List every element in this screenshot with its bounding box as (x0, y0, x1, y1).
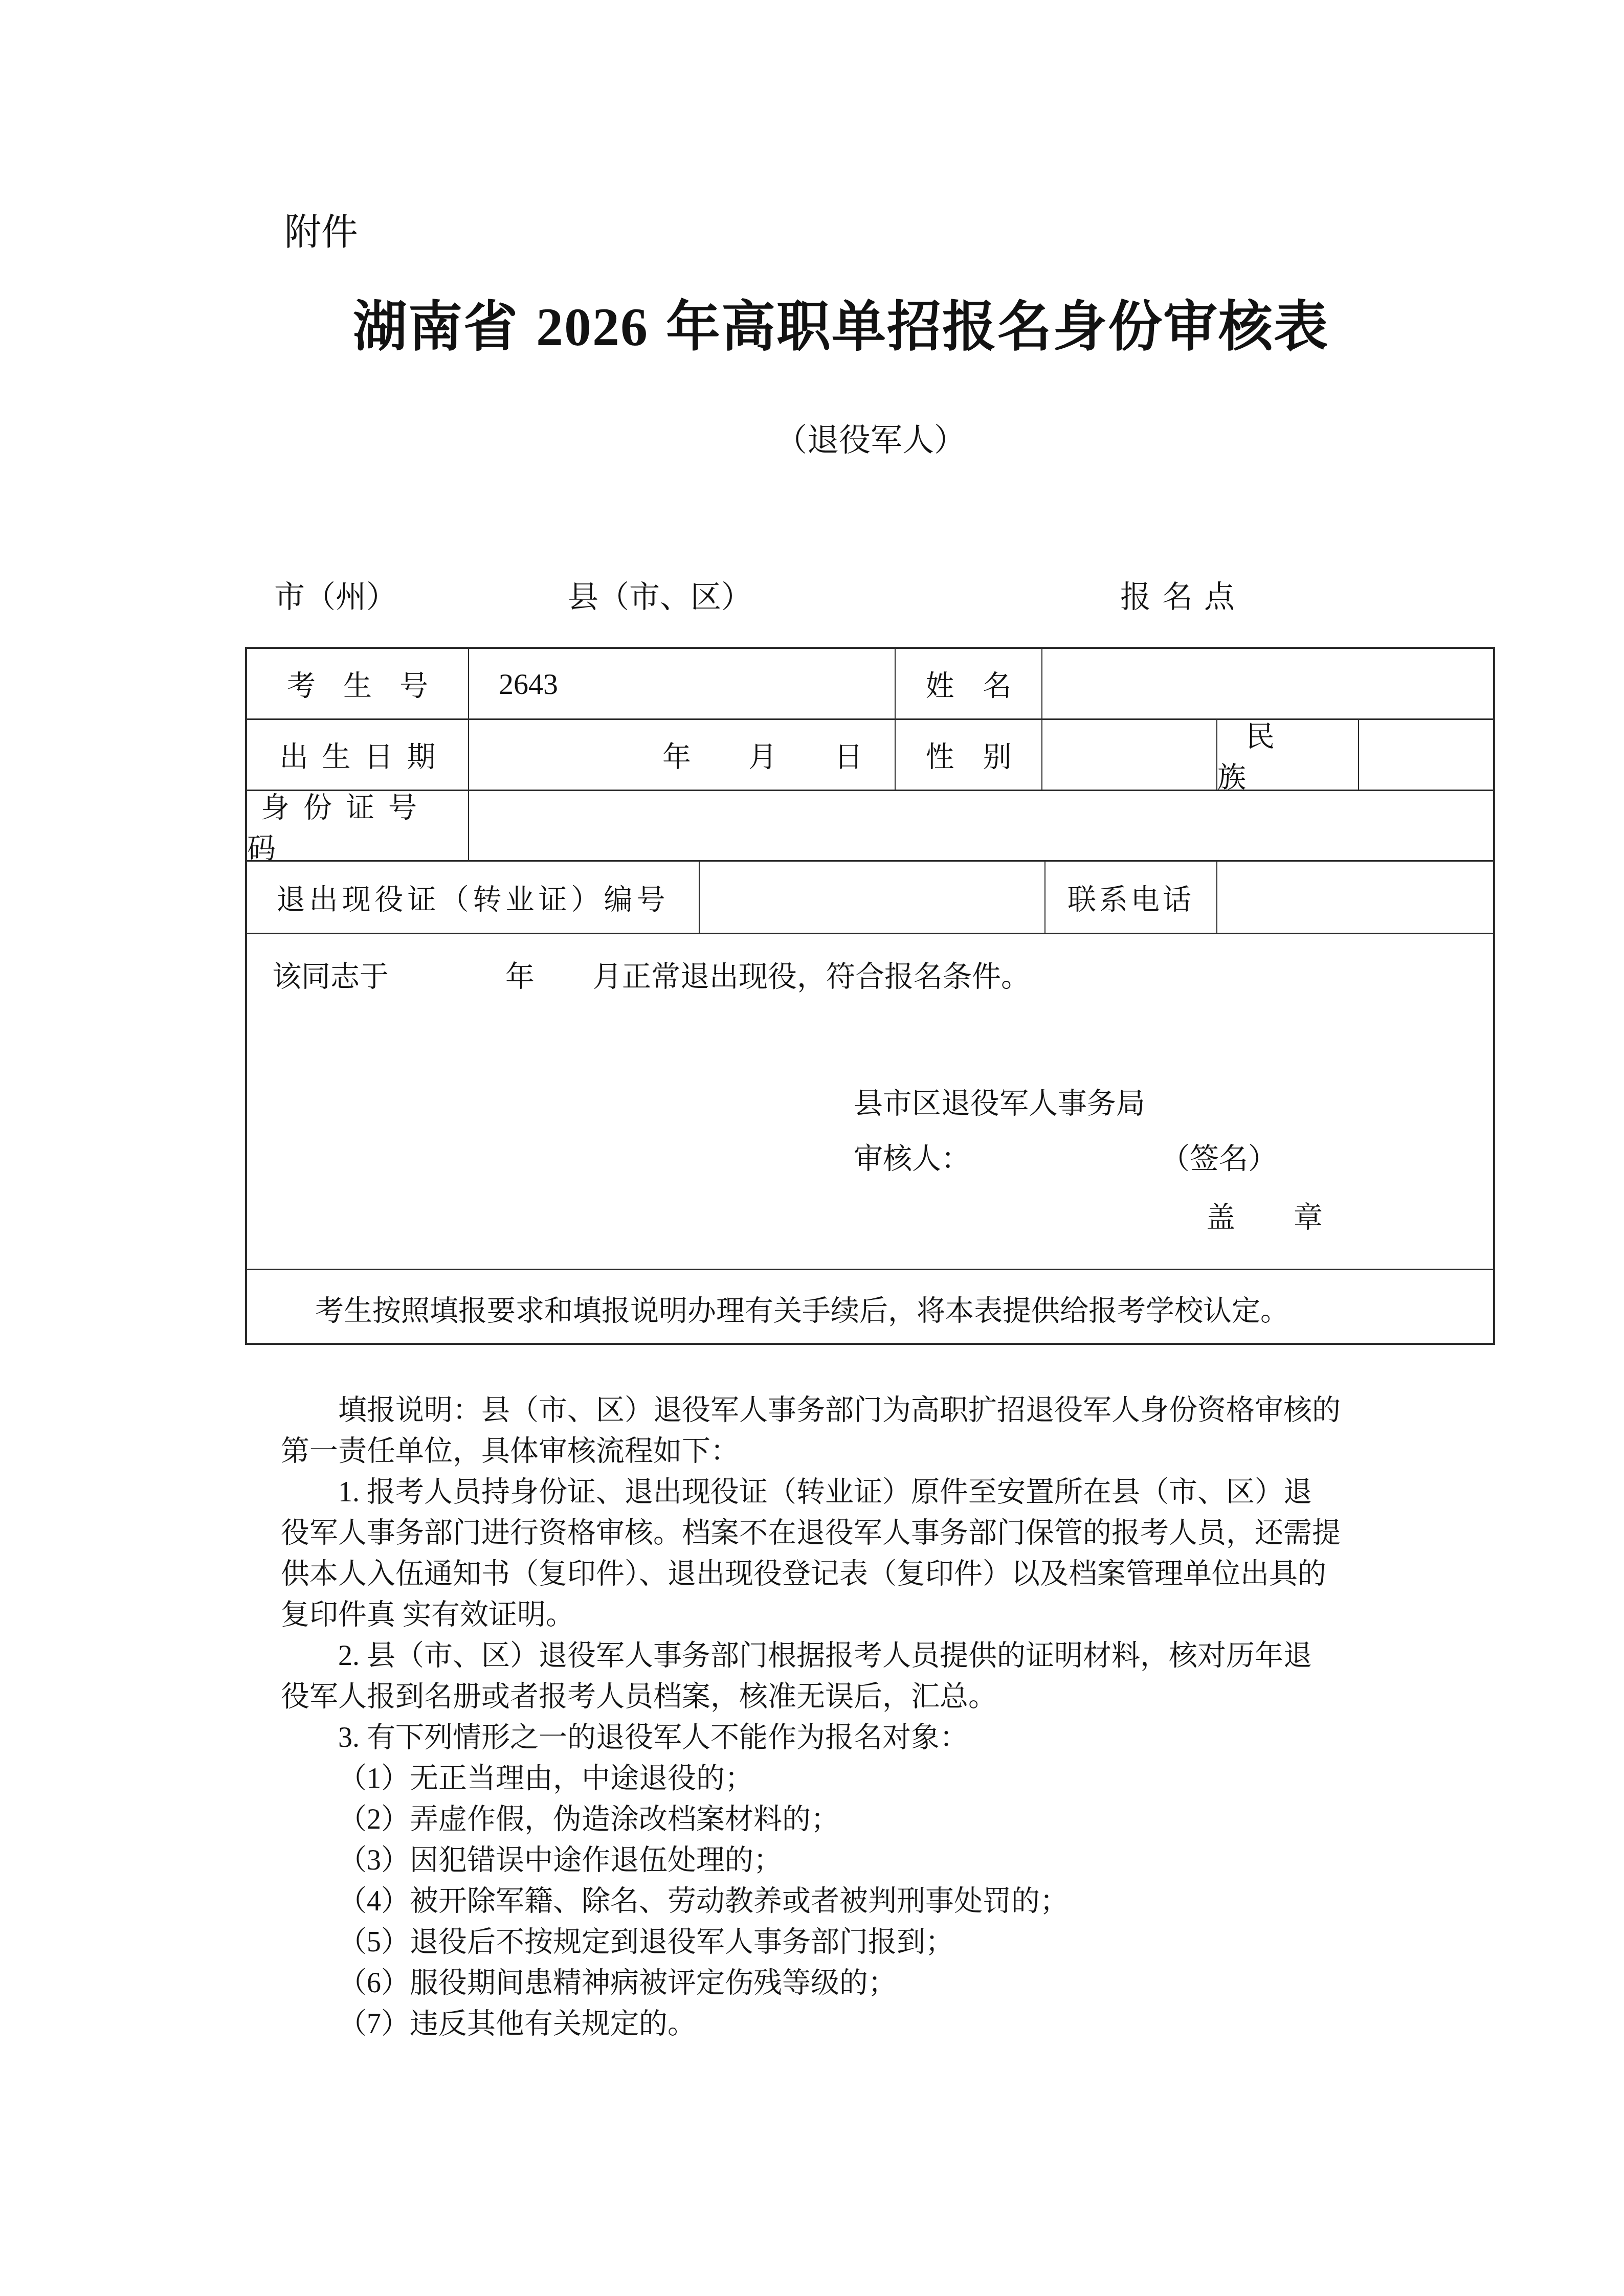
row-review-statement: 该同志于 年 月正常退出现役，符合报名条件。 县市区退役军人事务局 审核人： （… (247, 934, 1493, 1270)
instruction-line: （6）服役期间患精神病被评定伤残等级的； (281, 1963, 1396, 2004)
doc-subtitle: （退役军人） (775, 420, 966, 461)
doc-title-year: 2026 (536, 297, 649, 357)
ethnicity-label: 民族 (1217, 720, 1359, 790)
phone-value-cell (1217, 862, 1493, 933)
instruction-line: （3）因犯错误中途作退伍处理的； (281, 1840, 1396, 1881)
instruction-line: （7）违反其他有关规定的。 (281, 2004, 1396, 2044)
id-number-value-cell (469, 791, 1493, 860)
gender-label: 性别 (896, 720, 1042, 790)
name-label: 姓名 (896, 649, 1042, 718)
doc-title-prefix: 湖南省 (353, 297, 519, 357)
instruction-line: 役军人报到名册或者报考人员档案，核准无误后，汇总。 (281, 1676, 1396, 1717)
seal-label: 盖 章 (1206, 1198, 1323, 1239)
id-number-label: 身份证号码 (247, 791, 469, 860)
candidate-no-value: 2643 (469, 649, 896, 718)
row-discharge-cert: 退出现役证（转业证）编号 联系电话 (247, 862, 1493, 934)
row-id-number: 身份证号码 (247, 791, 1493, 862)
form-table: 考生号 2643 姓名 出生日期 年 月 日 性别 民族 身份证号码 退出现役证… (245, 647, 1495, 1345)
instruction-line: 供本人入伍通知书（复印件）、退出现役登记表（复印件）以及档案管理单位出具的 (281, 1554, 1396, 1594)
location-site-label: 报名点 (1120, 577, 1246, 618)
instruction-line: 役军人事务部门进行资格审核。档案不在退役军人事务部门保管的报考人员，还需提 (281, 1513, 1396, 1554)
name-value-cell (1042, 649, 1493, 718)
ethnicity-value-cell (1359, 720, 1493, 790)
discharge-cert-value-cell (700, 862, 1045, 933)
discharge-statement: 该同志于 年 月正常退出现役，符合报名条件。 (272, 957, 1030, 998)
doc-title: 湖南省2026年高职单招报名身份审核表 (353, 296, 1329, 358)
veteran-affairs-bureau-line: 县市区退役军人事务局 (854, 1084, 1145, 1124)
discharge-cert-label: 退出现役证（转业证）编号 (247, 862, 700, 933)
dob-value: 年 月 日 (469, 720, 896, 790)
instruction-line: 填报说明：县（市、区）退役军人事务部门为高职扩招退役军人身份资格审核的 (281, 1390, 1396, 1431)
row-candidate-no: 考生号 2643 姓名 (247, 649, 1493, 720)
location-city-label: 市（州） (274, 577, 397, 618)
footer-note: 考生按照填报要求和填报说明办理有关手续后，将本表提供给报考学校认定。 (247, 1288, 1289, 1329)
location-county-label: 县（市、区） (568, 577, 752, 618)
reviewer-label: 审核人： (854, 1139, 970, 1180)
instruction-line: 复印件真 实有效证明。 (281, 1594, 1396, 1635)
instruction-line: 1. 报考人员持身份证、退出现役证（转业证）原件至安置所在县（市、区）退 (281, 1472, 1396, 1513)
instructions: 填报说明：县（市、区）退役军人事务部门为高职扩招退役军人身份资格审核的 第一责任… (281, 1390, 1396, 2044)
instruction-line: 3. 有下列情形之一的退役军人不能作为报名对象： (281, 1717, 1396, 1758)
attachment-label: 附件 (284, 211, 358, 254)
row-footer-note: 考生按照填报要求和填报说明办理有关手续后，将本表提供给报考学校认定。 (247, 1270, 1493, 1347)
doc-title-suffix: 年高职单招报名身份审核表 (666, 297, 1329, 357)
signature-hint: （签名） (1161, 1139, 1277, 1180)
instruction-line: （1）无正当理由，中途退役的； (281, 1758, 1396, 1799)
gender-value-cell (1042, 720, 1217, 790)
candidate-no-label: 考生号 (247, 649, 469, 718)
document-page: 附件 湖南省2026年高职单招报名身份审核表 （退役军人） 市（州） 县（市、区… (0, 0, 1624, 2296)
instruction-line: （4）被开除军籍、除名、劳动教养或者被判刑事处罚的； (281, 1881, 1396, 1922)
instruction-line: 2. 县（市、区）退役军人事务部门根据报考人员提供的证明材料，核对历年退 (281, 1635, 1396, 1676)
dob-label: 出生日期 (247, 720, 469, 790)
instruction-line: （2）弄虚作假，伪造涂改档案材料的； (281, 1799, 1396, 1840)
instruction-line: 第一责任单位，具体审核流程如下： (281, 1431, 1396, 1472)
row-birth-gender-ethnicity: 出生日期 年 月 日 性别 民族 (247, 720, 1493, 791)
phone-label: 联系电话 (1045, 862, 1217, 933)
instruction-line: （5）退役后不按规定到退役军人事务部门报到； (281, 1922, 1396, 1963)
